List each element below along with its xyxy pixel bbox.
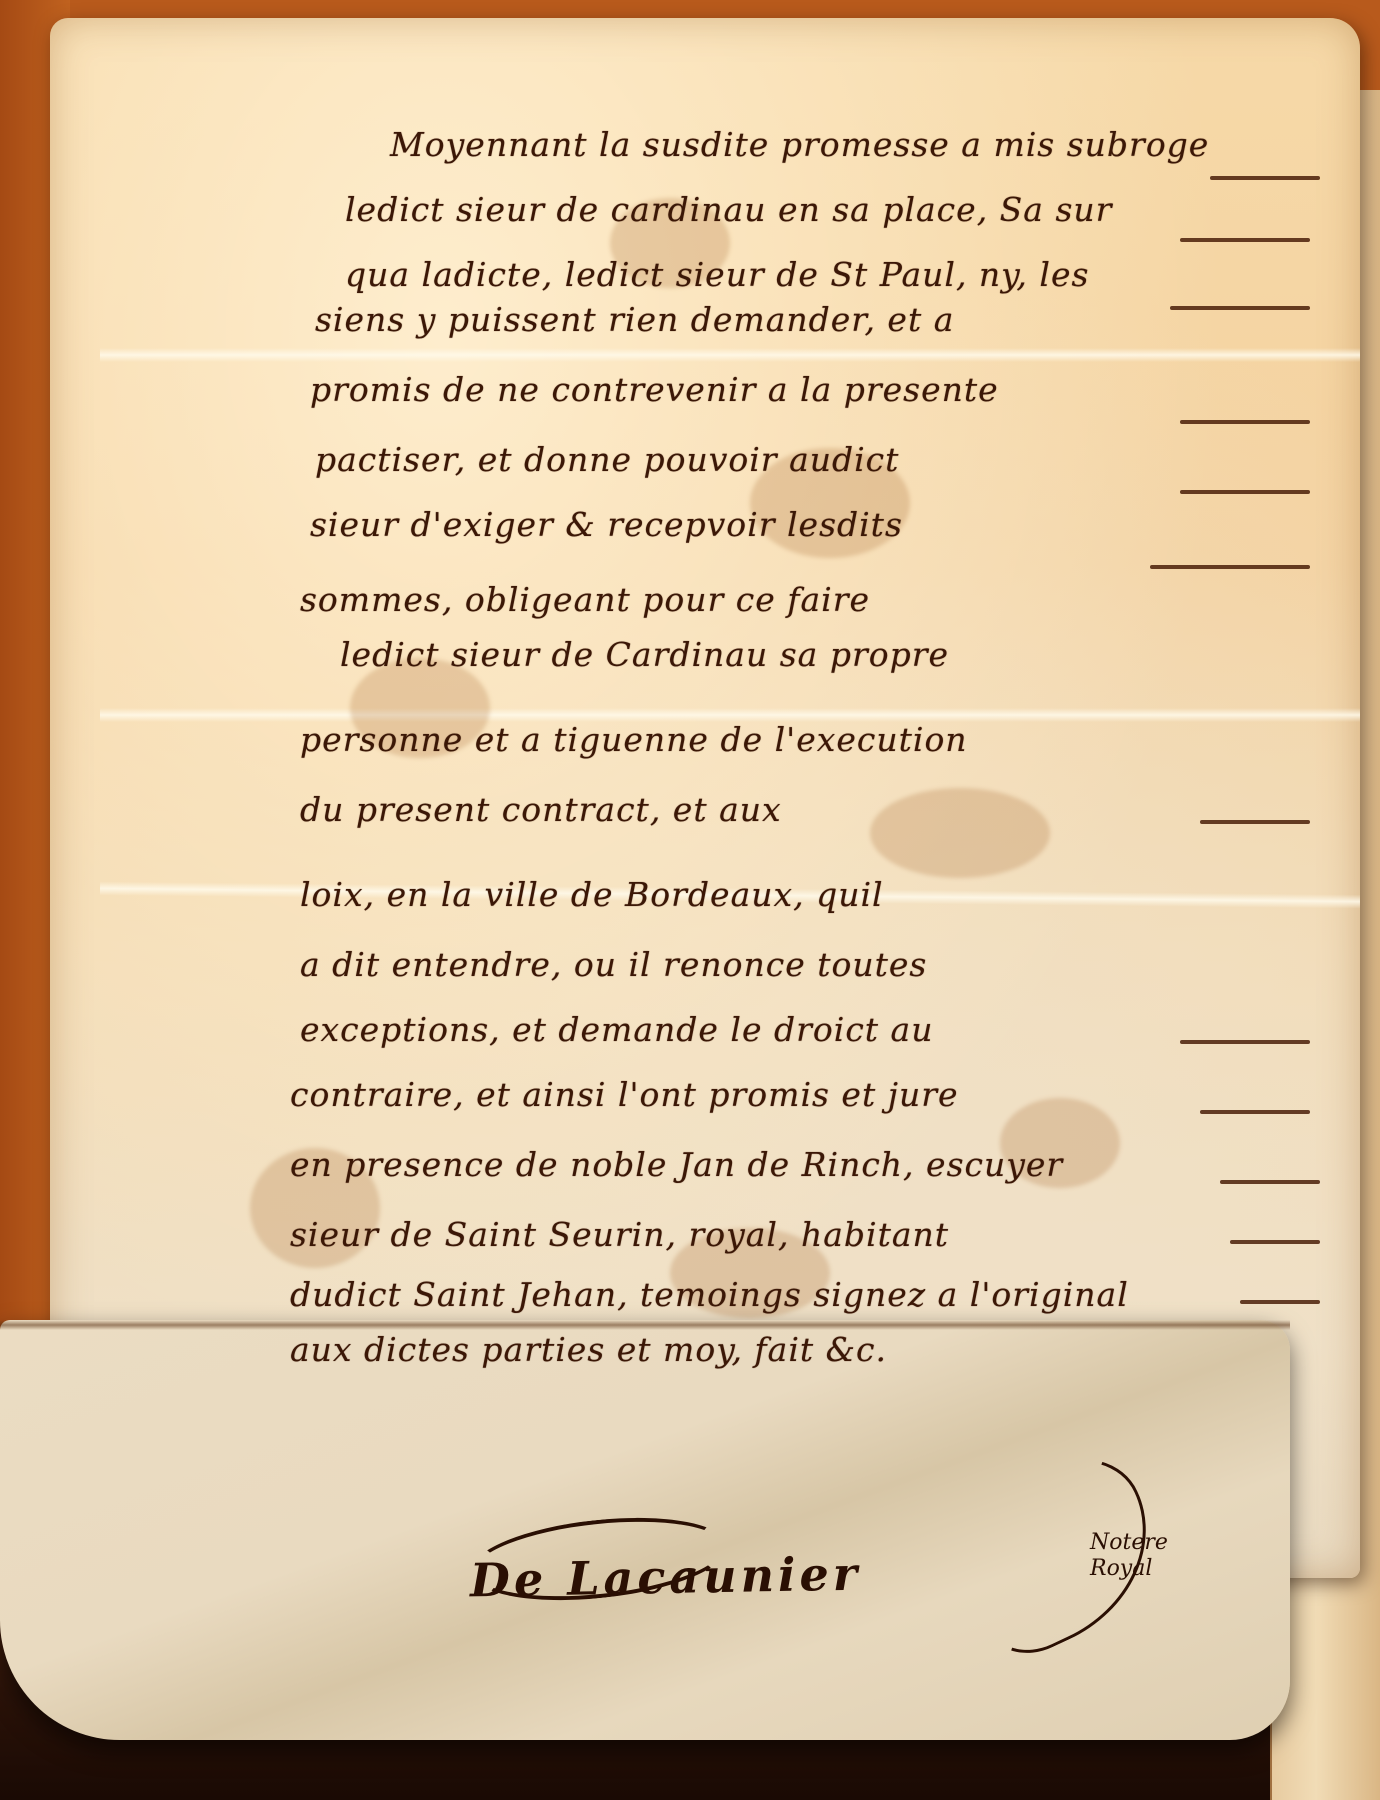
line-filler-stroke: [1230, 1240, 1320, 1244]
line-filler-stroke: [1210, 176, 1320, 180]
manuscript-line-3: qua ladicte, ledict sieur de St Paul, ny…: [345, 255, 1089, 294]
notary-sub-label: Royal: [1090, 1556, 1168, 1582]
manuscript-line-8: sommes, obligeant pour ce faire: [300, 580, 870, 619]
manuscript-line-13: a dit entendre, ou il renonce toutes: [300, 945, 927, 984]
line-filler-stroke: [1200, 1110, 1310, 1114]
line-filler-stroke: [1180, 238, 1310, 242]
manuscript-line-11: du present contract, et aux: [300, 790, 782, 829]
manuscript-line-1: Moyennant la susdite promesse a mis subr…: [390, 125, 1209, 164]
manuscript-line-14: exceptions, et demande le droict au: [300, 1010, 933, 1049]
manuscript-line-7: sieur d'exiger & recepvoir lesdits: [310, 505, 903, 544]
manuscript-line-10: personne et a tiguenne de l'execution: [300, 720, 968, 759]
line-filler-stroke: [1220, 1180, 1320, 1184]
notary-signature: Notere Royal: [1090, 1530, 1168, 1582]
manuscript-line-12: loix, en la ville de Bordeaux, quil: [300, 875, 884, 914]
manuscript-line-16: en presence de noble Jan de Rinch, escuy…: [290, 1145, 1063, 1184]
manuscript-line-15: contraire, et ainsi l'ont promis et jure: [290, 1075, 959, 1114]
manuscript-line-2: ledict sieur de cardinau en sa place, Sa…: [345, 190, 1112, 229]
paper-fold: [0, 1320, 1290, 1330]
line-filler-stroke: [1180, 490, 1310, 494]
line-filler-stroke: [1180, 1040, 1310, 1044]
line-filler-stroke: [1200, 820, 1310, 824]
signature-main: De Lacaunier: [470, 1547, 862, 1608]
line-filler-stroke: [1170, 306, 1310, 310]
line-filler-stroke: [1150, 565, 1310, 569]
ink-stain: [870, 788, 1050, 878]
manuscript-line-18: dudict Saint Jehan, temoings signez a l'…: [290, 1275, 1129, 1314]
manuscript-line-4: siens y puissent rien demander, et a: [315, 300, 954, 339]
line-filler-stroke: [1240, 1300, 1320, 1304]
manuscript-line-5: promis de ne contrevenir a la presente: [310, 370, 999, 409]
line-filler-stroke: [1180, 420, 1310, 424]
manuscript-line-6: pactiser, et donne pouvoir audict: [315, 440, 899, 479]
manuscript-line-9: ledict sieur de Cardinau sa propre: [340, 635, 949, 674]
paper-fold: [100, 348, 1360, 362]
manuscript-line-17: sieur de Saint Seurin, royal, habitant: [290, 1215, 949, 1254]
manuscript-line-19: aux dictes parties et moy, fait &c.: [290, 1330, 887, 1369]
notary-label: Notere: [1090, 1530, 1168, 1556]
